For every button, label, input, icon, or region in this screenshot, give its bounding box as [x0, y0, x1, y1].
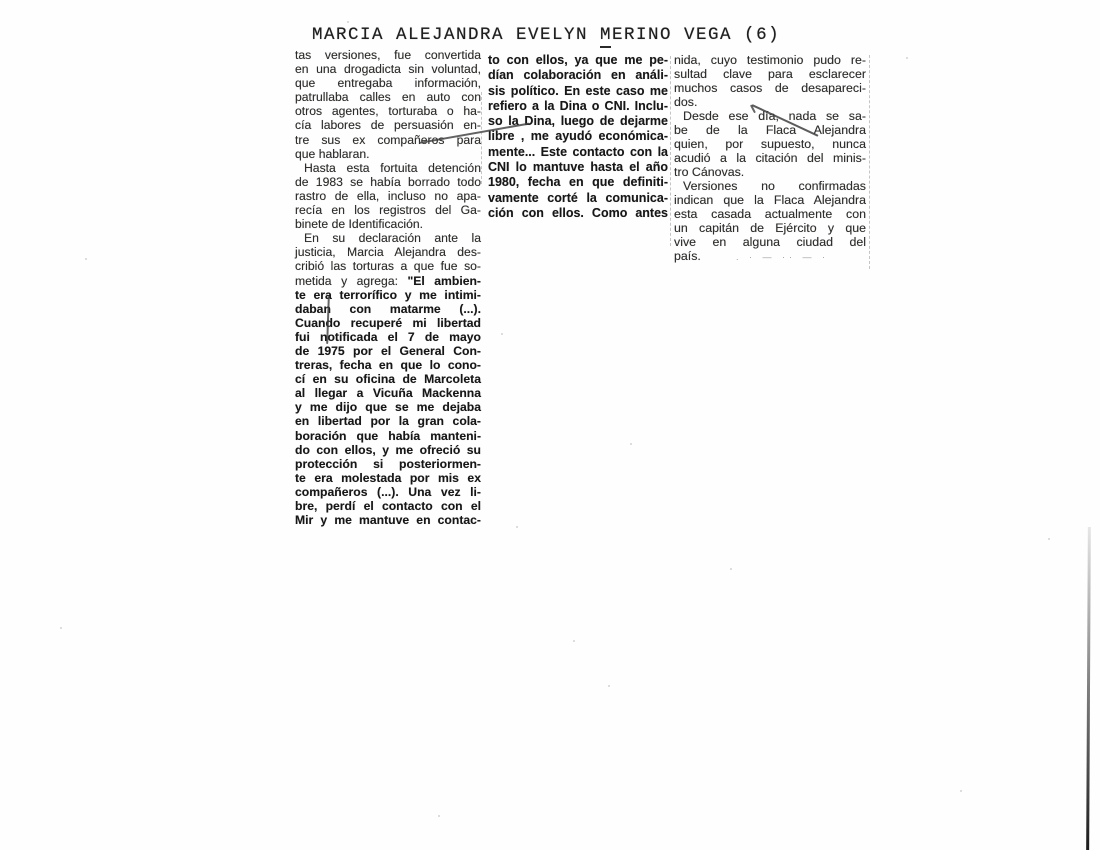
text-line: fui notificada el 7 de mayo	[295, 330, 481, 344]
text-line: al llegar a Vicuña Mackenna	[295, 386, 481, 400]
text-line: patrullaba calles en auto con	[295, 90, 481, 104]
text-line: nida, cuyo testimonio pudo re-	[674, 53, 866, 67]
text-line: esta casada actualmente con	[674, 207, 866, 221]
text-line: to con ellos, ya que me pe-	[488, 53, 668, 68]
text-line: CNI lo mantuve hasta el año	[488, 160, 668, 175]
text-line: tre sus ex compañeros para	[295, 133, 481, 147]
text-line: En su declaración ante la	[295, 231, 481, 245]
scan-speck	[1048, 538, 1050, 540]
scan-speck	[60, 627, 62, 629]
text-line: daban con matarme (...).	[295, 302, 481, 316]
scan-speck	[438, 815, 440, 817]
text-line: en libertad por la gran cola-	[295, 414, 481, 428]
text-line: muchos casos de desapareci-	[674, 81, 866, 95]
text-line: bre, perdí el contacto con el	[295, 499, 481, 513]
text-line: justicia, Marcia Alejandra des-	[295, 245, 481, 259]
text-line: binete de Identificación.	[295, 217, 481, 231]
text-line: dos.	[674, 95, 866, 109]
scan-speck	[730, 568, 732, 570]
text-line: te era terrorífico y me intimi-	[295, 288, 481, 302]
text-line: sultad clave para esclarecer	[674, 67, 866, 81]
column-divider-artifact	[670, 56, 671, 246]
text-line: compañeros (...). Una vez li-	[295, 485, 481, 499]
text-line: Desde ese día, nada se sa-	[674, 109, 866, 123]
text-line: cí en su oficina de Marcoleta	[295, 372, 481, 386]
text-line: metida y agrega: "El ambien-	[295, 274, 481, 288]
column-3: nida, cuyo testimonio pudo re-sultad cla…	[674, 53, 866, 263]
text-line: un capitán de Ejército y que	[674, 221, 866, 235]
text-line: y me dijo que se me dejaba	[295, 400, 481, 414]
text-line: vive en alguna ciudad del	[674, 235, 866, 249]
text-line: quien, por supuesto, nunca	[674, 137, 866, 151]
scan-speck	[516, 526, 518, 528]
scanned-newspaper-clipping: { "header": { "title": "MARCIA ALEJANDRA…	[0, 0, 1100, 850]
text-line: Versiones no confirmadas	[674, 179, 866, 193]
text-line: boración que había manteni-	[295, 429, 481, 443]
scan-speck	[85, 258, 87, 260]
text-line: en una drogadicta sin voluntad,	[295, 62, 481, 76]
scan-speck	[960, 790, 962, 792]
text-line: Hasta esta fortuita detención	[295, 161, 481, 175]
text-line: be de la Flaca Alejandra	[674, 123, 866, 137]
text-line: dían colaboración en análi-	[488, 68, 668, 83]
text-line: so la Dina, luego de dejarme	[488, 114, 668, 129]
text-line: tro Cánovas.	[674, 165, 866, 179]
text-line: sis político. En este caso me	[488, 84, 668, 99]
text-line: te era molestada por mis ex	[295, 471, 481, 485]
text-line: Mir y me mantuve en contac-	[295, 513, 481, 527]
text-line: treras, fecha en que lo cono-	[295, 358, 481, 372]
pen-underline-merino	[600, 46, 611, 48]
text-line: rastro de ella, incluso no apa-	[295, 189, 481, 203]
scanner-edge-line	[1086, 527, 1090, 850]
text-line: vamente corté la comunica-	[488, 191, 668, 206]
text-line: cribió las torturas a que fue so-	[295, 259, 481, 273]
column-divider-artifact	[481, 92, 482, 184]
text-line: ción con ellos. Como antes	[488, 206, 668, 221]
scan-speck	[501, 333, 503, 335]
scan-speck	[630, 443, 632, 445]
text-line: indican que la Flaca Alejandra	[674, 193, 866, 207]
text-line: Cuando recuperé mi libertad	[295, 316, 481, 330]
text-line: que entregaba información,	[295, 76, 481, 90]
text-line: libre , me ayudó económica-	[488, 129, 668, 144]
headline: MARCIA ALEJANDRA EVELYN MERINO VEGA (6)	[312, 25, 780, 45]
scan-speck	[608, 685, 610, 687]
text-run: metida y agrega:	[295, 274, 407, 288]
text-run: "El ambien-	[407, 274, 481, 288]
text-line: de 1975 por el General Con-	[295, 344, 481, 358]
scan-speck	[573, 640, 575, 642]
text-line: 1980, fecha en que definiti-	[488, 175, 668, 190]
column-2: to con ellos, ya que me pe-dían colabora…	[488, 53, 668, 221]
text-line: do con ellos, y me ofreció su	[295, 443, 481, 457]
faint-trailing-marks: . · — ·· — ·	[736, 252, 868, 262]
text-line: tas versiones, fue convertida	[295, 48, 481, 62]
text-line: otros agentes, torturaba o ha-	[295, 104, 481, 118]
text-line: de 1983 se había borrado todo	[295, 175, 481, 189]
text-line: protección si posteriormen-	[295, 457, 481, 471]
scan-speck	[906, 57, 908, 59]
text-line: cía labores de persuasión en-	[295, 118, 481, 132]
text-line: que hablaran.	[295, 147, 481, 161]
headline-text: MARCIA ALEJANDRA EVELYN MERINO VEGA (6)	[312, 25, 780, 45]
column-1: tas versiones, fue convertidaen una drog…	[295, 48, 481, 527]
text-line: acudió a la citación del minis-	[674, 151, 866, 165]
clipping-edge-artifact	[869, 55, 870, 269]
text-line: refiero a la Dina o CNI. Inclu-	[488, 99, 668, 114]
scan-speck	[347, 21, 349, 23]
text-line: mente... Este contacto con la	[488, 145, 668, 160]
text-line: recía en los registros del Ga-	[295, 203, 481, 217]
